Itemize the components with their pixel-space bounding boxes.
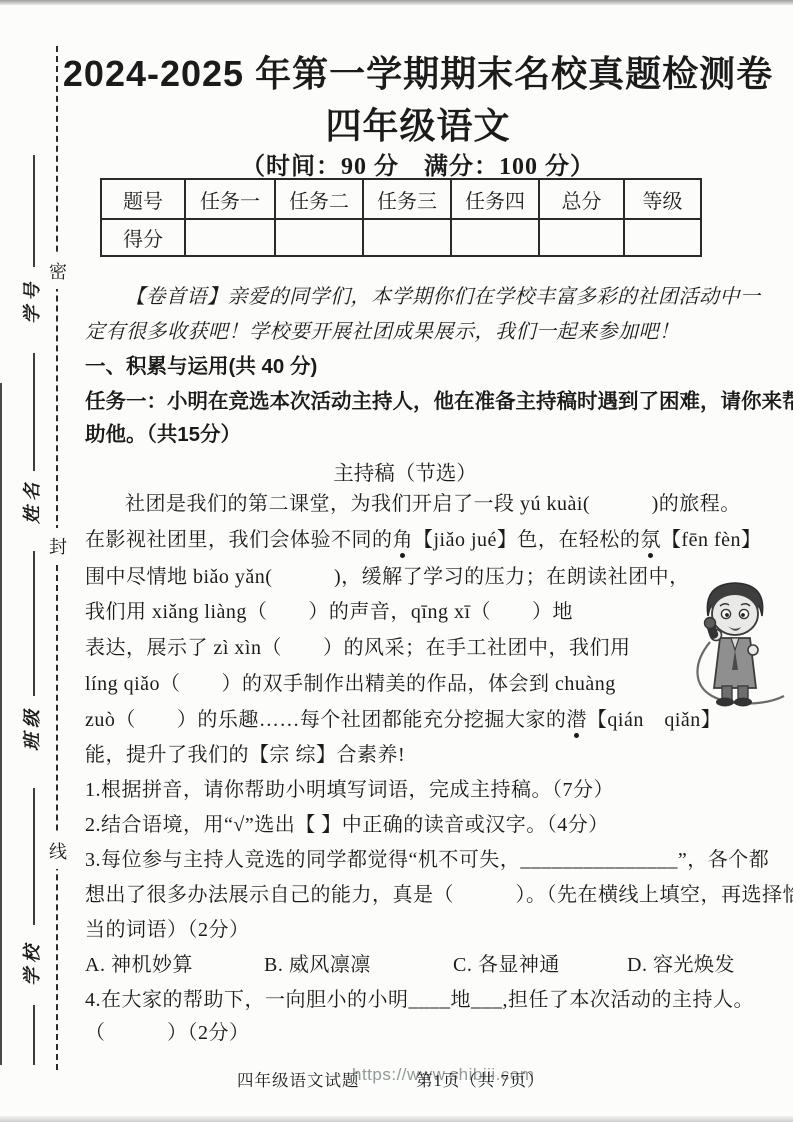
question-3-line-2: 想出了很多办法展示自己的能力，真是（ ）。（先在横线上填空，再选择恰 [85, 882, 793, 908]
score-table-header-task1: 任务一 [185, 179, 275, 219]
footer-doc-label: 四年级语文试题 [237, 1067, 360, 1091]
passage-title: 主持稿（节选） [85, 456, 725, 486]
score-cell-empty [275, 219, 363, 256]
question-1: 1.根据拼音，请你帮助小明填写词语，完成主持稿。（7分） [85, 777, 614, 803]
question-4-line-1: 4.在大家的帮助下，一向胆小的小明____地___,担任了本次活动的主持人。 [85, 987, 754, 1013]
option-d: D. 容光焕发 [627, 952, 735, 978]
score-table-header-total: 总分 [539, 179, 624, 219]
score-cell-empty [363, 219, 451, 256]
student-number-label: 学号 [18, 265, 44, 337]
passage-line-7: zuò（ ）的乐趣……每个社团都能充分挖掘大家的潜【qián qiǎn】 [85, 707, 721, 733]
passage-line-4: 我们用 xiǎng liàng（ ）的声音，qīng xī（ ）地 [85, 599, 573, 625]
question-4-line-2: （ ）（2分） [85, 1020, 250, 1046]
preface-line-2: 定有很多收获吧！学校要开展社团成果展示，我们一起来参加吧！ [85, 319, 680, 345]
option-a: A. 神机妙算 [85, 952, 264, 978]
exam-paper-page: 密 封 线 学号 姓名 班级 学校 2024-2025 年第一学期期末名校真题检… [0, 0, 793, 1122]
passage-line-2-end: 【fēn fèn】 [661, 529, 762, 551]
score-table-header-task3: 任务三 [363, 179, 451, 219]
score-table-header-grade: 等级 [624, 179, 701, 219]
name-label: 姓名 [18, 465, 44, 537]
school-write-line [33, 788, 35, 925]
score-cell-empty [185, 219, 275, 256]
passage-line-8: 能，提升了我们的【宗 综】合素养! [85, 742, 405, 768]
exam-title-line2: 四年级语文 [60, 98, 776, 149]
exam-time-score-subtitle: （时间：90 分 满分：100 分） [60, 146, 776, 181]
passage-line-3: 围中尽情地 biǎo yǎn( )，缓解了学习的压力；在朗读社团中， [85, 564, 690, 590]
exam-title-line1: 2024-2025 年第一学期期末名校真题检测卷 [60, 46, 776, 97]
score-table: 题号 任务一 任务二 任务三 任务四 总分 等级 得分 [100, 178, 702, 257]
score-cell-empty [624, 219, 701, 256]
seal-char-mi: 密 [46, 253, 70, 289]
class-label: 班级 [18, 692, 44, 764]
passage-line-2-pre: 在影视社团里，我们会体验不同的 [85, 529, 393, 551]
passage-line-2-emphasis-jiao: 角 [393, 527, 414, 553]
question-2: 2.结合语境，用“√”选出【 】中正确的读音或汉字。（4分） [85, 812, 609, 838]
scan-edge-top [0, 0, 793, 5]
question-3-options: A. 神机妙算B. 威风凛凛C. 各显神通D. 容光焕发 [85, 952, 735, 978]
school-write-line-2 [33, 1005, 35, 1065]
passage-line-7-end: 【qián qiǎn】 [587, 709, 721, 731]
task-one-line-2: 助他。（共15分） [85, 422, 241, 448]
option-b: B. 威风凛凛 [264, 952, 453, 978]
footer-page-number: 第1页（共 7页） [416, 1067, 545, 1091]
passage-line-6: líng qiǎo（ ）的双手制作出精美的作品，体会到 chuàng [85, 671, 616, 697]
score-row-label: 得分 [101, 219, 185, 256]
name-write-line [33, 353, 35, 471]
scan-edge-bottom [0, 1116, 793, 1122]
section-one-heading: 一、积累与运用(共 40 分) [85, 354, 317, 380]
passage-line-7-pre: zuò（ ）的乐趣……每个社团都能充分挖掘大家的 [85, 709, 566, 731]
score-table-header-question: 题号 [101, 179, 185, 219]
seal-char-feng: 封 [46, 528, 70, 564]
passage-line-1: 社团是我们的第二课堂，为我们开启了一段 yú kuài( )的旅程。 [85, 491, 741, 517]
class-write-line [33, 551, 35, 696]
seal-char-xian: 线 [46, 833, 70, 869]
school-label: 学校 [18, 927, 44, 999]
question-3-line-1: 3.每位参与主持人竞选的同学都觉得“机不可失，_______________”，… [85, 847, 769, 873]
scan-edge-left [0, 383, 2, 1065]
passage-line-5: 表达，展示了 zì xìn（ ）的风采；在手工社团中，我们用 [85, 635, 631, 661]
score-table-header-task4: 任务四 [451, 179, 539, 219]
score-table-header-task2: 任务二 [275, 179, 363, 219]
student-number-write-line [33, 155, 35, 267]
passage-line-2-mid: 【jiǎo jué】色，在轻松的 [413, 529, 640, 551]
score-cell-empty [539, 219, 624, 256]
score-cell-empty [451, 219, 539, 256]
boy-with-microphone-illustration [686, 580, 790, 708]
option-c: C. 各显神通 [453, 952, 627, 978]
preface-line-1: 【卷首语】亲爱的同学们，本学期你们在学校丰富多彩的社团活动中一 [85, 284, 761, 310]
question-3-line-3: 当的词语）（2分） [85, 917, 250, 943]
passage-line-2: 在影视社团里，我们会体验不同的角【jiǎo jué】色，在轻松的氛【fēn fè… [85, 527, 762, 553]
passage-line-2-emphasis-fen: 氛 [640, 527, 661, 553]
task-one-line-1: 任务一：小明在竞选本次活动主持人，他在准备主持稿时遇到了困难，请你来帮 [85, 389, 793, 415]
passage-line-7-emphasis-qian: 潜 [566, 707, 587, 733]
